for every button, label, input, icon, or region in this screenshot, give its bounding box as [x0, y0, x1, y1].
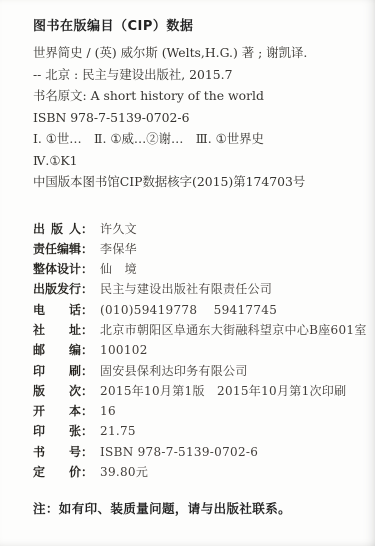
colophon-colon: ： — [81, 364, 93, 378]
colophon-value: 21.75 — [100, 424, 136, 438]
colophon-colon: ： — [81, 343, 93, 357]
colophon-colon: ： — [81, 222, 93, 236]
cip-line-classification-2: Ⅳ.①K1 — [33, 150, 363, 172]
colophon-label: 出版发行 — [33, 279, 81, 299]
colophon-row-editor: 责任编辑：李保华 — [33, 239, 363, 259]
cip-line-original-title: 书名原文: A short history of the world — [33, 85, 363, 107]
colophon-row-publisher-person: 出版人：许久文 — [33, 219, 363, 239]
cip-line-record-number: 中国版本图书馆CIP数据核字(2015)第174703号 — [33, 171, 363, 193]
colophon-label: 印张 — [33, 421, 81, 441]
colophon-value: 16 — [100, 404, 116, 418]
colophon-row-postcode: 邮编：100102 — [33, 340, 363, 360]
colophon-colon: ： — [81, 465, 93, 479]
colophon-label: 电话 — [33, 300, 81, 320]
colophon-colon: ： — [81, 404, 93, 418]
colophon-label: 邮编 — [33, 340, 81, 360]
colophon-value: ISBN 978-7-5139-0702-6 — [100, 445, 258, 459]
colophon-value: (010)59419778 59417745 — [100, 303, 277, 317]
colophon-colon: ： — [81, 262, 93, 276]
colophon-value: 100102 — [100, 343, 148, 357]
colophon-colon: ： — [81, 424, 93, 438]
colophon-row-design: 整体设计：仙 境 — [33, 259, 363, 279]
colophon-colon: ： — [81, 242, 93, 256]
colophon-row-edition: 版次：2015年10月第1版 2015年10月第1次印刷 — [33, 381, 363, 401]
cip-line-classification-1: Ⅰ. ①世… Ⅱ. ①威…②谢… Ⅲ. ①世界史 — [33, 128, 363, 150]
cip-line-title-author: 世界简史 / (英) 威尔斯 (Welts,H.G.) 著 ; 谢凯译. — [33, 42, 363, 64]
colophon-row-price: 定价：39.80元 — [33, 462, 363, 482]
cip-line-isbn: ISBN 978-7-5139-0702-6 — [33, 107, 363, 129]
colophon-label: 版次 — [33, 381, 81, 401]
colophon-row-format: 开本：16 — [33, 401, 363, 421]
book-copyright-page: 图书在版编目（CIP）数据 世界简史 / (英) 威尔斯 (Welts,H.G.… — [0, 0, 375, 546]
colophon-value: 许久文 — [100, 222, 137, 236]
colophon-label: 出版人 — [33, 219, 81, 239]
cip-line-publisher: -- 北京 : 民主与建设出版社, 2015.7 — [33, 64, 363, 86]
colophon-label: 书号 — [33, 442, 81, 462]
colophon-label: 开本 — [33, 401, 81, 421]
colophon-row-address: 社址：北京市朝阳区阜通东大街融科望京中心B座601室 — [33, 320, 363, 340]
colophon-label: 定价 — [33, 462, 81, 482]
cip-title: 图书在版编目（CIP）数据 — [33, 19, 363, 34]
colophon-row-publishing-house: 出版发行：民主与建设出版社有限责任公司 — [33, 279, 363, 299]
colophon-row-sheets: 印张：21.75 — [33, 421, 363, 441]
colophon-row-printer: 印刷：固安县保利达印务有限公司 — [33, 361, 363, 381]
colophon-label: 整体设计 — [33, 259, 81, 279]
colophon-label: 印刷 — [33, 361, 81, 381]
colophon-row-book-number: 书号：ISBN 978-7-5139-0702-6 — [33, 442, 363, 462]
colophon-label: 社址 — [33, 320, 81, 340]
quality-note: 注：如有印、装质量问题，请与出版社联系。 — [33, 499, 363, 517]
colophon-value: 李保华 — [100, 242, 137, 256]
colophon-label: 责任编辑 — [33, 239, 81, 259]
colophon-value: 2015年10月第1版 2015年10月第1次印刷 — [100, 384, 346, 398]
colophon-colon: ： — [81, 282, 93, 296]
colophon-value: 仙 境 — [100, 262, 137, 276]
colophon-value: 北京市朝阳区阜通东大街融科望京中心B座601室 — [100, 323, 367, 337]
cip-block: 图书在版编目（CIP）数据 世界简史 / (英) 威尔斯 (Welts,H.G.… — [33, 19, 363, 193]
colophon-value: 固安县保利达印务有限公司 — [100, 364, 248, 378]
colophon-value: 民主与建设出版社有限责任公司 — [100, 282, 272, 296]
colophon-row-phone: 电话：(010)59419778 59417745 — [33, 300, 363, 320]
colophon-colon: ： — [81, 323, 93, 337]
colophon-value: 39.80元 — [100, 465, 148, 479]
colophon-colon: ： — [81, 303, 93, 317]
colophon-colon: ： — [81, 384, 93, 398]
colophon-colon: ： — [81, 445, 93, 459]
colophon-list: 出版人：许久文 责任编辑：李保华 整体设计：仙 境 出版发行：民主与建设出版社有… — [33, 219, 363, 483]
